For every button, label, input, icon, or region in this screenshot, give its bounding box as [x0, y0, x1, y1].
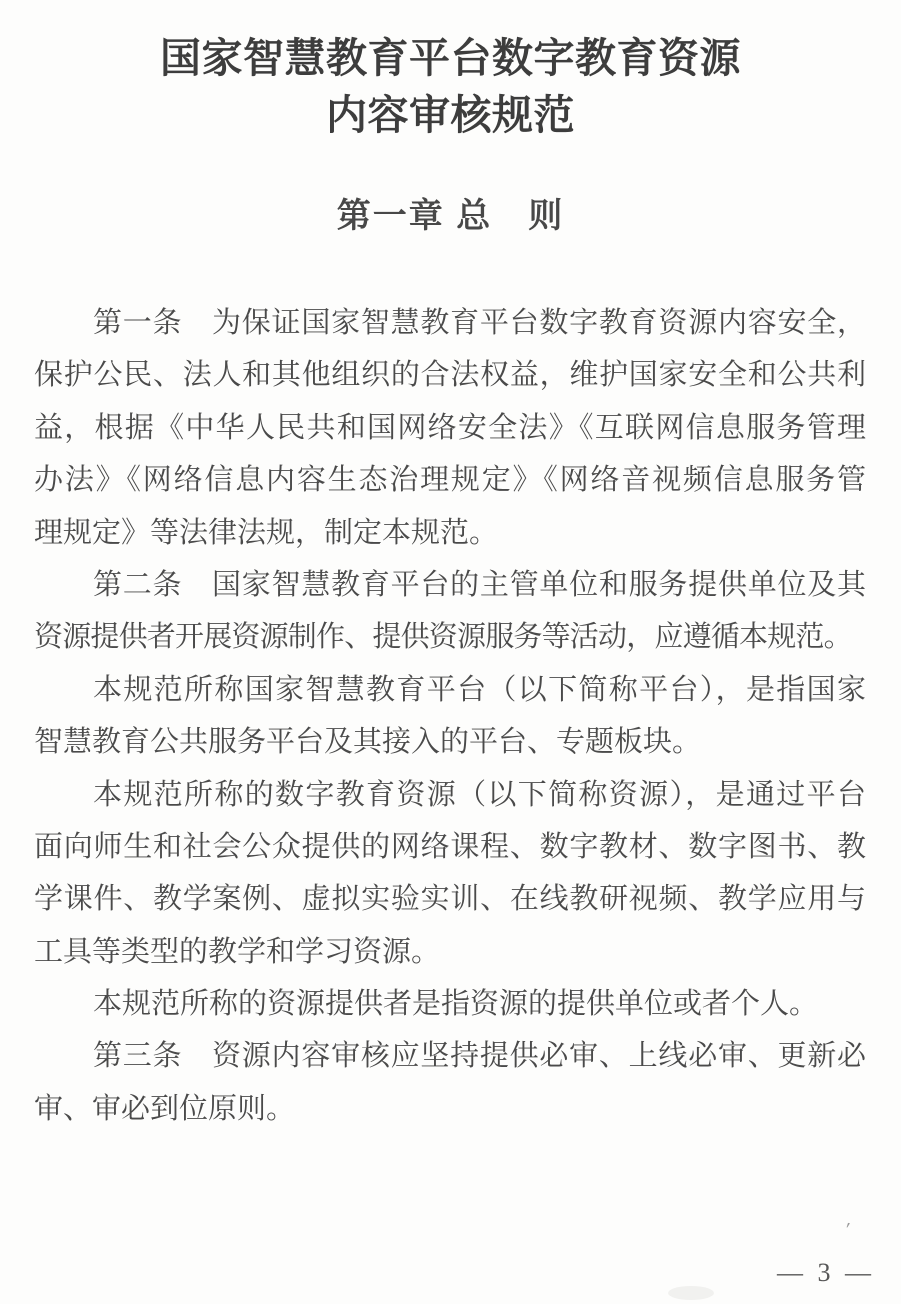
text-line: 面向师生和社会公众提供的网络课程、数字教材、数字图书、教: [34, 821, 866, 873]
scan-smudge: [668, 1286, 714, 1300]
text-line: 本规范所称国家智慧教育平台（以下简称平台），是指国家: [34, 664, 866, 716]
text-line: 本规范所称的数字教育资源（以下简称资源），是通过平台: [34, 769, 866, 821]
text-line: 办法》《网络信息内容生态治理规定》《网络音视频信息服务管: [34, 454, 866, 506]
document-title-line2: 内容审核规范: [0, 87, 901, 144]
document-body: 第一条 为保证国家智慧教育平台数字教育资源内容安全，保护公民、法人和其他组织的合…: [34, 297, 866, 1135]
text-line: 第一条 为保证国家智慧教育平台数字教育资源内容安全，: [34, 297, 866, 349]
document-title: 国家智慧教育平台数字教育资源 内容审核规范: [0, 30, 901, 144]
text-line: 审、审必到位原则。: [34, 1083, 866, 1135]
document-page: 国家智慧教育平台数字教育资源 内容审核规范 第一章 总 则 第一条 为保证国家智…: [0, 0, 901, 1304]
text-line: 第二条 国家智慧教育平台的主管单位和服务提供单位及其: [34, 559, 866, 611]
text-line: 第三条 资源内容审核应坚持提供必审、上线必审、更新必: [34, 1030, 866, 1082]
text-line: 本规范所称的资源提供者是指资源的提供单位或者个人。: [34, 978, 866, 1030]
text-line: 智慧教育公共服务平台及其接入的平台、专题板块。: [34, 716, 866, 768]
scan-artifact-mark: ′: [842, 1219, 851, 1242]
document-title-line1: 国家智慧教育平台数字教育资源: [0, 30, 901, 87]
text-line: 益，根据《中华人民共和国网络安全法》《互联网信息服务管理: [34, 402, 866, 454]
page-number: — 3 —: [777, 1258, 875, 1288]
chapter-heading: 第一章 总 则: [0, 193, 901, 239]
text-line: 资源提供者开展资源制作、提供资源服务等活动，应遵循本规范。: [34, 611, 866, 663]
text-line: 理规定》等法律法规，制定本规范。: [34, 507, 866, 559]
text-line: 学课件、教学案例、虚拟实验实训、在线教研视频、教学应用与: [34, 873, 866, 925]
text-line: 工具等类型的教学和学习资源。: [34, 926, 866, 978]
text-line: 保护公民、法人和其他组织的合法权益，维护国家安全和公共利: [34, 349, 866, 401]
